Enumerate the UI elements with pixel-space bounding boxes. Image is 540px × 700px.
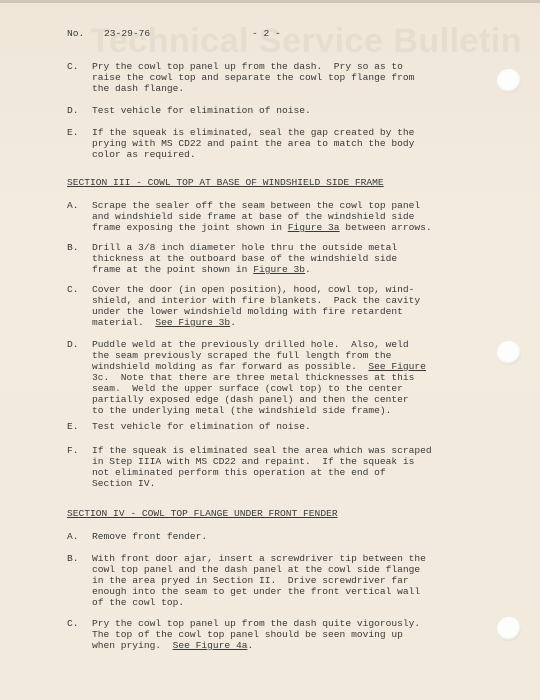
step-text: If the squeak is eliminated, seal the ga… xyxy=(92,127,414,160)
text-line: not eliminated perform this operation at… xyxy=(92,467,432,478)
step-text: Pry the cowl top panel up from the dash.… xyxy=(92,61,414,94)
punch-hole xyxy=(497,69,521,93)
step-letter: C. xyxy=(67,618,79,629)
text-line: frame at the point shown in Figure 3b. xyxy=(92,264,397,275)
step-text: Puddle weld at the previously drilled ho… xyxy=(92,339,426,416)
punch-hole xyxy=(497,341,521,365)
figure-reference: See Figure 4a xyxy=(173,640,248,651)
figure-reference: Figure 3b xyxy=(253,264,305,275)
text-line: under the lower windshield molding with … xyxy=(92,306,420,317)
text-line: With front door ajar, insert a screwdriv… xyxy=(92,553,426,564)
section-iii-heading: SECTION III - COWL TOP AT BASE OF WINDSH… xyxy=(67,177,384,188)
text-line: If the squeak is eliminated, seal the ga… xyxy=(92,127,414,138)
text-line: material. See Figure 3b. xyxy=(92,317,420,328)
step-text: Test vehicle for elimination of noise. xyxy=(92,105,311,116)
punch-hole xyxy=(497,617,521,641)
text-line: in the area pryed in Section II. Drive s… xyxy=(92,575,426,586)
text-line: Drill a 3/8 inch diameter hole thru the … xyxy=(92,242,397,253)
step-text: If the squeak is eliminated seal the are… xyxy=(92,445,432,489)
text-line: Pry the cowl top panel up from the dash.… xyxy=(92,61,414,72)
text-line: in Step IIIA with MS CD22 and repaint. I… xyxy=(92,456,432,467)
text-line: of the cowl top. xyxy=(92,597,426,608)
text-line: frame exposing the joint shown in Figure… xyxy=(92,222,432,233)
text-line: to the underlying metal (the windshield … xyxy=(92,405,426,416)
text-line: Scrape the sealer off the seam between t… xyxy=(92,200,432,211)
figure-reference: See Figure 3b xyxy=(155,317,230,328)
step-letter: A. xyxy=(67,200,79,211)
text-line: partially exposed edge (dash panel) and … xyxy=(92,394,426,405)
bleed-through-watermark: Technical Service Bulletin xyxy=(90,22,522,61)
step-letter: F. xyxy=(67,445,79,456)
text-line: seam. Weld the upper surface (cowl top) … xyxy=(92,383,426,394)
text-line: 3c. Note that there are three metal thic… xyxy=(92,372,426,383)
text-line: the seam previously scraped the full len… xyxy=(92,350,426,361)
text-line: the dash flange. xyxy=(92,83,414,94)
step-letter: D. xyxy=(67,339,79,350)
step-letter: B. xyxy=(67,553,79,564)
text-line: enough into the seam to get under the fr… xyxy=(92,586,426,597)
step-text: With front door ajar, insert a screwdriv… xyxy=(92,553,426,608)
section-iv-heading: SECTION IV - COWL TOP FLANGE UNDER FRONT… xyxy=(67,508,338,519)
text-line: and windshield side frame at base of the… xyxy=(92,211,432,222)
bulletin-number-label: No. xyxy=(67,28,84,39)
text-line: Test vehicle for elimination of noise. xyxy=(92,421,311,432)
text-line: windshield molding as far forward as pos… xyxy=(92,361,426,372)
step-letter: E. xyxy=(67,127,79,138)
text-line: when prying. See Figure 4a. xyxy=(92,640,420,651)
text-line: Pry the cowl top panel up from the dash … xyxy=(92,618,420,629)
page-number: - 2 - xyxy=(252,28,281,39)
step-letter: D. xyxy=(67,105,79,116)
step-letter: C. xyxy=(67,284,79,295)
step-letter: A. xyxy=(67,531,79,542)
step-text: Pry the cowl top panel up from the dash … xyxy=(92,618,420,651)
step-text: Remove front fender. xyxy=(92,531,207,542)
text-line: color as required. xyxy=(92,149,414,160)
bulletin-number: 23-29-76 xyxy=(104,28,150,39)
step-text: Test vehicle for elimination of noise. xyxy=(92,421,311,432)
text-line: The top of the cowl top panel should be … xyxy=(92,629,420,640)
step-letter: E. xyxy=(67,421,79,432)
text-line: Section IV. xyxy=(92,478,432,489)
text-line: Cover the door (in open position), hood,… xyxy=(92,284,420,295)
text-line: thickness at the outboard base of the wi… xyxy=(92,253,397,264)
text-line: cowl top panel and the dash panel at the… xyxy=(92,564,426,575)
text-line: Puddle weld at the previously drilled ho… xyxy=(92,339,426,350)
figure-reference: See Figure xyxy=(368,361,426,372)
step-text: Cover the door (in open position), hood,… xyxy=(92,284,420,328)
text-line: If the squeak is eliminated seal the are… xyxy=(92,445,432,456)
text-line: raise the cowl top and separate the cowl… xyxy=(92,72,414,83)
step-text: Drill a 3/8 inch diameter hole thru the … xyxy=(92,242,397,275)
text-line: prying with MS CD22 and paint the area t… xyxy=(92,138,414,149)
text-line: Remove front fender. xyxy=(92,531,207,542)
text-line: shield, and interior with fire blankets.… xyxy=(92,295,420,306)
step-letter: C. xyxy=(67,61,79,72)
step-text: Scrape the sealer off the seam between t… xyxy=(92,200,432,233)
figure-reference: Figure 3a xyxy=(288,222,340,233)
step-letter: B. xyxy=(67,242,79,253)
document-page: Technical Service Bulletin No. 23-29-76 … xyxy=(0,0,540,700)
page-header: No. 23-29-76 - 2 - xyxy=(67,28,150,39)
page-edge xyxy=(0,0,540,3)
text-line: Test vehicle for elimination of noise. xyxy=(92,105,311,116)
